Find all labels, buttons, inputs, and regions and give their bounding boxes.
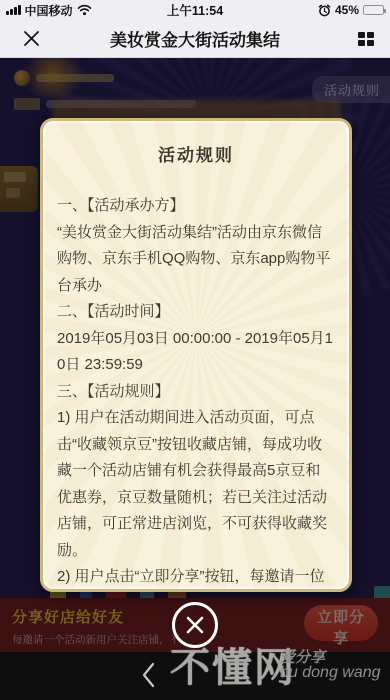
rules-paragraph: 一、【活动承办方】 — [57, 193, 335, 220]
modal-title: 活动规则 — [57, 141, 335, 166]
nav-bar: 美妆赏金大街活动集结 — [0, 20, 390, 58]
clock-label: 上午11:54 — [0, 1, 390, 19]
close-modal-button[interactable] — [172, 602, 218, 648]
screen: 中国移动 上午11:54 45% 美妆赏金大街活动集结 — [0, 0, 390, 700]
rules-paragraph: “美妆赏金大街活动集结”活动由京东微信购物、京东手机QQ购物、京东app购物平台… — [57, 220, 335, 300]
browser-bottom-bar — [0, 652, 390, 700]
close-icon — [184, 614, 206, 636]
rules-paragraph: 1) 用户在活动期间进入活动页面，可点击“收藏领京豆”按钮收藏店铺，每成功收藏一… — [57, 405, 335, 564]
rules-modal: 活动规则 一、【活动承办方】“美妆赏金大街活动集结”活动由京东微信购物、京东手机… — [40, 118, 352, 592]
back-button[interactable] — [132, 660, 164, 692]
rules-body: 一、【活动承办方】“美妆赏金大街活动集结”活动由京东微信购物、京东手机QQ购物、… — [57, 193, 335, 592]
rules-paragraph: 三、【活动规则】 — [57, 379, 335, 406]
battery-icon — [363, 5, 384, 16]
rules-paragraph: 二、【活动时间】 — [57, 299, 335, 326]
rules-paragraph: 2) 用户点击“立即分享”按钮，每邀请一位未参与过本活动的新用户成功收藏活动中任… — [57, 564, 335, 592]
page-title: 美妆赏金大街活动集结 — [0, 26, 390, 51]
menu-grid-icon[interactable] — [358, 32, 374, 46]
rules-paragraph: 2019年05月03日 00:00:00 - 2019年05月10日 23:59… — [57, 326, 335, 379]
status-bar: 中国移动 上午11:54 45% — [0, 0, 390, 20]
back-chevron-icon — [140, 662, 156, 688]
